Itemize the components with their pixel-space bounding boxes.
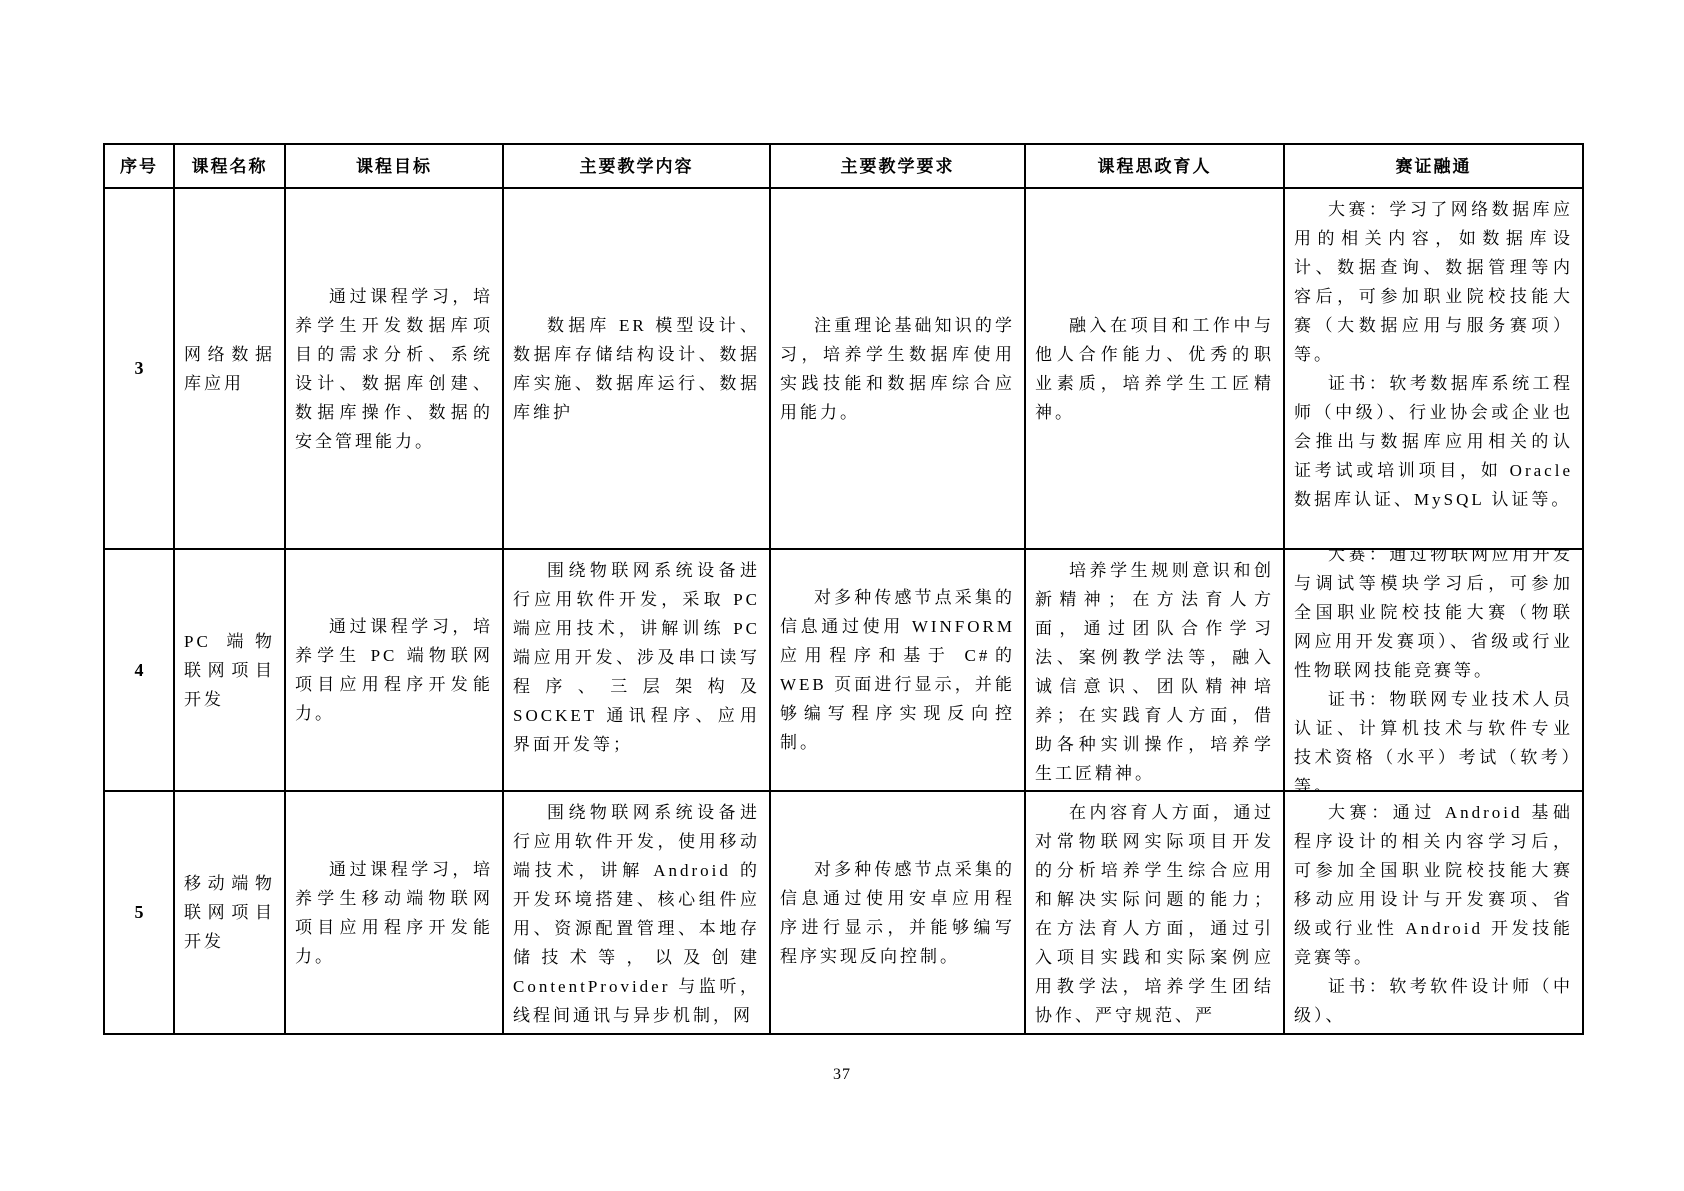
row3-cert: 大赛：学习了网络数据库应用的相关内容，如数据库设计、数据查询、数据管理等内容后，… [1285, 189, 1584, 550]
row5-teaching-content-text: 围绕物联网系统设备进行应用软件开发，使用移动端技术，讲解 Android 的开发… [513, 798, 760, 1030]
header-cell-course-goal: 课程目标 [286, 145, 504, 189]
row4-teaching-content: 围绕物联网系统设备进行应用软件开发，采取 PC 端应用技术，讲解训练 PC 端应… [504, 550, 771, 792]
header-cell-teaching-requirement: 主要教学要求 [771, 145, 1026, 189]
row3-course-goal-text: 通过课程学习，培养学生开发数据库项目的需求分析、系统设计、数据库创建、数据库操作… [295, 282, 493, 456]
row3-course-name-text: 网络数据库应用 [184, 340, 275, 398]
row4-teaching-content-text: 围绕物联网系统设备进行应用软件开发，采取 PC 端应用技术，讲解训练 PC 端应… [513, 556, 760, 759]
row4-course-goal-text: 通过课程学习，培养学生 PC 端物联网项目应用程序开发能力。 [295, 612, 493, 728]
row3-teaching-requirement: 注重理论基础知识的学习，培养学生数据库使用实践技能和数据库综合应用能力。 [771, 189, 1026, 550]
row3-teaching-requirement-text: 注重理论基础知识的学习，培养学生数据库使用实践技能和数据库综合应用能力。 [780, 311, 1015, 427]
row4-ideology-text: 培养学生规则意识和创新精神；在方法育人方面，通过团队合作学习法、案例教学法等，融… [1035, 556, 1274, 788]
row4-ideology: 培养学生规则意识和创新精神；在方法育人方面，通过团队合作学习法、案例教学法等，融… [1026, 550, 1285, 792]
row3-cert-competition-text: 大赛：学习了网络数据库应用的相关内容，如数据库设计、数据查询、数据管理等内容后，… [1294, 195, 1573, 369]
row5-course-goal-text: 通过课程学习，培养学生移动端物联网项目应用程序开发能力。 [295, 855, 493, 971]
row5-teaching-requirement: 对多种传感节点采集的信息通过使用安卓应用程序进行显示，并能够编写程序实现反向控制… [771, 792, 1026, 1035]
row3-course-goal: 通过课程学习，培养学生开发数据库项目的需求分析、系统设计、数据库创建、数据库操作… [286, 189, 504, 550]
row5-cert-competition-text: 大赛：通过 Android 基础程序设计的相关内容学习后，可参加全国职业院校技能… [1294, 798, 1573, 972]
row3-teaching-content: 数据库 ER 模型设计、数据库存储结构设计、数据库实施、数据库运行、数据库维护 [504, 189, 771, 550]
row3-teaching-content-text: 数据库 ER 模型设计、数据库存储结构设计、数据库实施、数据库运行、数据库维护 [513, 311, 760, 427]
row5-ideology-text: 在内容育人方面，通过对常物联网实际项目开发的分析培养学生综合应用和解决实际问题的… [1035, 798, 1274, 1030]
row5-num: 5 [105, 792, 175, 1035]
header-cell-teaching-content: 主要教学内容 [504, 145, 771, 189]
header-cell-course-name: 课程名称 [175, 145, 286, 189]
row5-course-name: 移动端物联网项目开发 [175, 792, 286, 1035]
row5-cert: 大赛：通过 Android 基础程序设计的相关内容学习后，可参加全国职业院校技能… [1285, 792, 1584, 1035]
row3-ideology: 融入在项目和工作中与他人合作能力、优秀的职业素质，培养学生工匠精神。 [1026, 189, 1285, 550]
row5-teaching-requirement-text: 对多种传感节点采集的信息通过使用安卓应用程序进行显示，并能够编写程序实现反向控制… [780, 855, 1015, 971]
row5-teaching-content: 围绕物联网系统设备进行应用软件开发，使用移动端技术，讲解 Android 的开发… [504, 792, 771, 1035]
row4-teaching-requirement: 对多种传感节点采集的信息通过使用 WINFORM 应用程序和基于 C#的 WEB… [771, 550, 1026, 792]
header-cell-cert: 赛证融通 [1285, 145, 1584, 189]
row5-course-goal: 通过课程学习，培养学生移动端物联网项目应用程序开发能力。 [286, 792, 504, 1035]
page-number: 37 [0, 1066, 1684, 1084]
row4-course-name: PC 端物联网项目开发 [175, 550, 286, 792]
row4-cert-competition-text: 大赛：通过物联网应用开发与调试等模块学习后，可参加全国职业院校技能大赛（物联网应… [1294, 550, 1573, 685]
row3-cert-certificate-text: 证书：软考数据库系统工程师（中级）、行业协会或企业也会推出与数据库应用相关的认证… [1294, 369, 1573, 514]
header-cell-ideology: 课程思政育人 [1026, 145, 1285, 189]
row5-cert-certificate-text: 证书：软考软件设计师（中级）、 [1294, 972, 1573, 1030]
row5-ideology: 在内容育人方面，通过对常物联网实际项目开发的分析培养学生综合应用和解决实际问题的… [1026, 792, 1285, 1035]
curriculum-table: 序号 课程名称 课程目标 主要教学内容 主要教学要求 课程思政育人 赛证融通 3… [103, 143, 1584, 1035]
row4-course-goal: 通过课程学习，培养学生 PC 端物联网项目应用程序开发能力。 [286, 550, 504, 792]
row5-course-name-text: 移动端物联网项目开发 [184, 869, 275, 956]
row3-num: 3 [105, 189, 175, 550]
row4-cert: 大赛：通过物联网应用开发与调试等模块学习后，可参加全国职业院校技能大赛（物联网应… [1285, 550, 1584, 792]
header-cell-num: 序号 [105, 145, 175, 189]
row4-course-name-text: PC 端物联网项目开发 [184, 627, 275, 714]
row3-ideology-text: 融入在项目和工作中与他人合作能力、优秀的职业素质，培养学生工匠精神。 [1035, 311, 1274, 427]
row4-teaching-requirement-text: 对多种传感节点采集的信息通过使用 WINFORM 应用程序和基于 C#的 WEB… [780, 583, 1015, 757]
row3-course-name: 网络数据库应用 [175, 189, 286, 550]
row4-num: 4 [105, 550, 175, 792]
row4-cert-certificate-text: 证书：物联网专业技术人员认证、计算机技术与软件专业技术资格（水平）考试（软考）等… [1294, 685, 1573, 793]
